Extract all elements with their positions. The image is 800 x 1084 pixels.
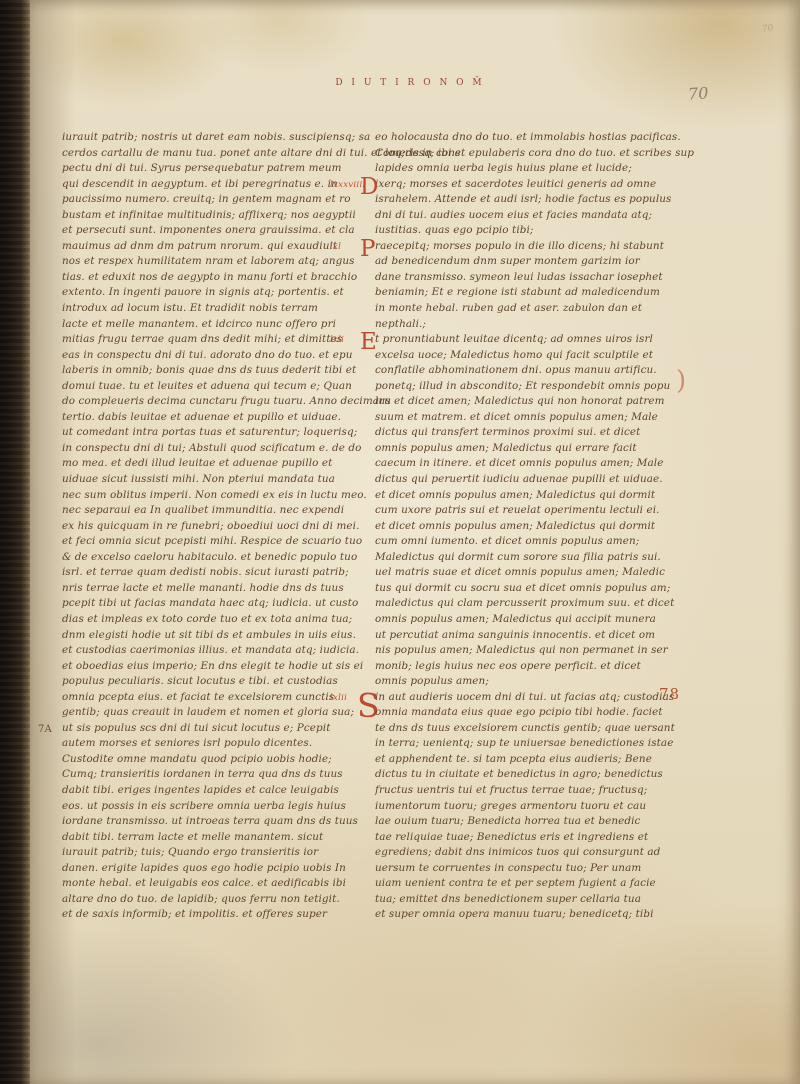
- line-text: uersum te corruentes in conspectu tuo; P…: [375, 862, 641, 874]
- line-text: et dicet omnis populus amen; Maledictus …: [375, 520, 655, 532]
- text-line: dictus tu in ciuitate et benedictus in a…: [375, 767, 683, 783]
- line-text: dias et impleas ex toto corde tuo et ex …: [62, 613, 352, 625]
- text-line: dias et impleas ex toto corde tuo et ex …: [62, 612, 370, 628]
- line-text: nec sum oblitus imperii. Non comedi ex e…: [62, 489, 367, 501]
- line-text: dnm elegisti hodie ut sit tibi ds et amb…: [62, 629, 356, 641]
- line-text: mauimus ad dnm dm patrum nrorum. qui exa…: [62, 240, 337, 252]
- text-line: Dlxxxviiiiixerq; morses et sacerdotes le…: [375, 177, 683, 193]
- text-line: Plxlraecepitq; morses populo in die illo…: [375, 239, 683, 255]
- line-text: iurauit patrib; tuis; Quando ergo transi…: [62, 846, 318, 858]
- text-line: dabit tibi. terram lacte et melle manant…: [62, 830, 370, 846]
- text-line: tertio. dabis leuitae et aduenae et pupi…: [62, 410, 370, 426]
- text-line: uiam uenient contra te et per septem fug…: [375, 876, 683, 892]
- text-line: nec sum oblitus imperii. Non comedi ex e…: [62, 488, 370, 504]
- chapter-numeral: lxlii: [330, 691, 347, 707]
- line-text: ad benedicendum dnm super montem garizim…: [375, 255, 640, 267]
- text-line: qui descendit in aegyptum. et ibi peregr…: [62, 177, 370, 193]
- line-text: domui tuae. tu et leuites et aduena qui …: [62, 380, 352, 392]
- line-text: ut comedant intra portas tuas et saturen…: [62, 426, 357, 438]
- rubricated-initial: P: [360, 238, 376, 261]
- text-line: omnia pcepta eius. et faciat te excelsio…: [62, 690, 370, 706]
- line-text: et persecuti sunt. imponentes onera grau…: [62, 224, 355, 236]
- text-line: nos et respex humilitatem nram et labore…: [62, 254, 370, 270]
- text-line: et custodias caerimonias illius. et mand…: [62, 643, 370, 659]
- text-line: bustam et infinitae multitudinis; afflix…: [62, 208, 370, 224]
- text-line: ut percutiat anima sanguinis innocentis.…: [375, 628, 683, 644]
- line-text: uiduae sicut iussisti mihi. Non pteriui …: [62, 473, 335, 485]
- text-line: tua; emittet dns benedictionem super cel…: [375, 892, 683, 908]
- corner-pencil-number: 70: [761, 23, 774, 34]
- line-text: pectu dni di tui. Syrus persequebatur pa…: [62, 162, 342, 174]
- line-text: omnia mandata eius quae ego pcipio tibi …: [375, 706, 663, 718]
- line-text: dane transmisso. symeon leui ludas issac…: [375, 271, 663, 283]
- text-line: paucissimo numero. creuitq; in gentem ma…: [62, 192, 370, 208]
- line-text: et oboedias eius imperio; En dns elegit …: [62, 660, 363, 672]
- line-text: tua; emittet dns benedictionem super cel…: [375, 893, 641, 905]
- text-line: ut comedant intra portas tuas et saturen…: [62, 425, 370, 441]
- text-line: lus et dicet amen; Maledictus qui non ho…: [375, 394, 683, 410]
- text-line: laberis in omnib; bonis quae dns ds tuus…: [62, 363, 370, 379]
- line-text: cum omni iumento. et dicet omnis populus…: [375, 535, 639, 547]
- text-line: dni di tui. audies uocem eius et facies …: [375, 208, 683, 224]
- text-line: & de excelso caeloru habitaculo. et bene…: [62, 550, 370, 566]
- line-text: in conspectu dni di tui; Abstuli quod sc…: [62, 442, 361, 454]
- line-text: altare dno do tuo. de lapidib; quos ferr…: [62, 893, 340, 905]
- text-line: iordane transmisso. ut introeas terra qu…: [62, 814, 370, 830]
- text-line: conflatile abhominationem dni. opus manu…: [375, 363, 683, 379]
- text-line: lae ouium tuaru; Benedicta horrea tua et…: [375, 814, 683, 830]
- text-line: et de saxis informib; et impolitis. et o…: [62, 907, 370, 923]
- text-line: populus peculiaris. sicut locutus e tibi…: [62, 674, 370, 690]
- line-text: suum et matrem. et dicet omnis populus a…: [375, 411, 658, 423]
- line-text: egrediens; dabit dns inimicos tuos qui c…: [375, 846, 660, 858]
- line-text: Comedesq; ibi et epulaberis cora dno do …: [375, 147, 694, 159]
- text-line: te dns ds tuus excelsiorem cunctis genti…: [375, 721, 683, 737]
- line-text: israhelem. Attende et audi isrl; hodie f…: [375, 193, 671, 205]
- text-line: et oboedias eius imperio; En dns elegit …: [62, 659, 370, 675]
- line-text: populus peculiaris. sicut locutus e tibi…: [62, 675, 338, 687]
- text-line: cum omni iumento. et dicet omnis populus…: [375, 534, 683, 550]
- text-line: eo holocausta dno do tuo. et immolabis h…: [375, 130, 683, 146]
- line-text: introdux ad locum istu. Et tradidit nobi…: [62, 302, 318, 314]
- line-text: iurauit patrib; nostris ut daret eam nob…: [62, 131, 370, 143]
- line-text: nris terrae lacte et melle mananti. hodi…: [62, 582, 344, 594]
- text-line: monte hebal. et leuigabis eos calce. et …: [62, 876, 370, 892]
- line-text: autem morses et seniores isrl populo dic…: [62, 737, 312, 749]
- text-line: tae reliquiae tuae; Benedictus eris et i…: [375, 830, 683, 846]
- line-text: monib; legis huius nec eos opere perfici…: [375, 660, 641, 672]
- text-column-right: eo holocausta dno do tuo. et immolabis h…: [375, 130, 683, 923]
- text-line: pectu dni di tui. Syrus persequebatur pa…: [62, 161, 370, 177]
- text-line: et apphendent te. si tam pcepta eius aud…: [375, 752, 683, 768]
- line-text: omnia pcepta eius. et faciat te excelsio…: [62, 691, 334, 703]
- text-line: in monte hebal. ruben gad et aser. zabul…: [375, 301, 683, 317]
- text-line: domui tuae. tu et leuites et aduena qui …: [62, 379, 370, 395]
- text-line: pcepit tibi ut facias mandata haec atq; …: [62, 596, 370, 612]
- text-line: lapides omnia uerba legis huius plane et…: [375, 161, 683, 177]
- line-text: nec separaui ea In qualibet immunditia. …: [62, 504, 344, 516]
- line-text: do compleueris decima cunctaru frugu tua…: [62, 395, 391, 407]
- line-text: bustam et infinitae multitudinis; afflix…: [62, 209, 356, 221]
- text-line: Custodite omne mandatu quod pcipio uobis…: [62, 752, 370, 768]
- text-line: iurauit patrib; nostris ut daret eam nob…: [62, 130, 370, 146]
- line-text: Maledictus qui dormit cum sorore sua fil…: [375, 551, 661, 563]
- line-text: raecepitq; morses populo in die illo dic…: [375, 240, 664, 252]
- line-text: dni di tui. audies uocem eius et facies …: [375, 209, 652, 221]
- text-line: Comedesq; ibi et epulaberis cora dno do …: [375, 146, 683, 162]
- line-text: tertio. dabis leuitae et aduenae et pupi…: [62, 411, 341, 423]
- text-line: nepthali.;: [375, 317, 683, 333]
- text-line: introdux ad locum istu. Et tradidit nobi…: [62, 301, 370, 317]
- line-text: ixerq; morses et sacerdotes leuitici gen…: [375, 178, 656, 190]
- line-text: qui descendit in aegyptum. et ibi peregr…: [62, 178, 338, 190]
- line-text: mo mea. et dedi illud leuitae et aduenae…: [62, 457, 332, 469]
- line-text: te dns ds tuus excelsiorem cunctis genti…: [375, 722, 675, 734]
- line-text: & de excelso caeloru habitaculo. et bene…: [62, 551, 357, 563]
- line-text: omnis populus amen; Maledictus qui errar…: [375, 442, 637, 454]
- line-text: in aut audieris uocem dni di tui. ut fac…: [375, 691, 674, 703]
- text-line: uersum te corruentes in conspectu tuo; P…: [375, 861, 683, 877]
- line-text: omnis populus amen;: [375, 675, 489, 687]
- line-text: isrl. et terrae quam dedisti nobis. sicu…: [62, 566, 349, 578]
- running-title: D I U T I R O N O M̄: [320, 78, 500, 88]
- text-line: iurauit patrib; tuis; Quando ergo transi…: [62, 845, 370, 861]
- text-line: lacte et melle manantem. et idcirco nunc…: [62, 317, 370, 333]
- text-line: isrl. et terrae quam dedisti nobis. sicu…: [62, 565, 370, 581]
- text-line: Elxlit pronuntiabunt leuitae dicentq; ad…: [375, 332, 683, 348]
- line-text: Custodite omne mandatu quod pcipio uobis…: [62, 753, 332, 765]
- line-text: lapides omnia uerba legis huius plane et…: [375, 162, 632, 174]
- text-line: mauimus ad dnm dm patrum nrorum. qui exa…: [62, 239, 370, 255]
- manuscript-page: D I U T I R O N O M̄ 70 70 iurauit patri…: [30, 0, 800, 1084]
- text-line: Slxlii78in aut audieris uocem dni di tui…: [375, 690, 683, 706]
- line-text: in terra; uenientq; sup te uniuersae ben…: [375, 737, 673, 749]
- text-line: danen. erigite lapides quos ego hodie pc…: [62, 861, 370, 877]
- line-text: danen. erigite lapides quos ego hodie pc…: [62, 862, 346, 874]
- text-line: beniamin; Et e regione isti stabunt ad m…: [375, 285, 683, 301]
- text-line: in conspectu dni di tui; Abstuli quod sc…: [62, 441, 370, 457]
- text-line: autem morses et seniores isrl populo dic…: [62, 736, 370, 752]
- line-text: t pronuntiabunt leuitae dicentq; ad omne…: [375, 333, 653, 345]
- text-line: omnis populus amen;: [375, 674, 683, 690]
- line-text: lacte et melle manantem. et idcirco nunc…: [62, 318, 336, 330]
- text-line: Cumq; transieritis iordanen in terra qua…: [62, 767, 370, 783]
- text-line: Maledictus qui dormit cum sorore sua fil…: [375, 550, 683, 566]
- line-text: omnis populus amen; Maledictus qui accip…: [375, 613, 656, 625]
- line-text: excelsa uoce; Maledictus homo qui facit …: [375, 349, 653, 361]
- line-text: dabit tibi. terram lacte et melle manant…: [62, 831, 323, 843]
- text-line: nis populus amen; Maledictus qui non per…: [375, 643, 683, 659]
- margin-note-right: 78: [659, 687, 680, 703]
- text-line: in terra; uenientq; sup te uniuersae ben…: [375, 736, 683, 752]
- text-line: mitias frugu terrae quam dns dedit mihi;…: [62, 332, 370, 348]
- line-text: et custodias caerimonias illius. et mand…: [62, 644, 359, 656]
- text-line: omnis populus amen; Maledictus qui errar…: [375, 441, 683, 457]
- line-text: lus et dicet amen; Maledictus qui non ho…: [375, 395, 665, 407]
- line-text: tus qui dormit cu socru sua et dicet omn…: [375, 582, 670, 594]
- text-line: ponetq; illud in abscondito; Et responde…: [375, 379, 683, 395]
- line-text: et dicet omnis populus amen; Maledictus …: [375, 489, 655, 501]
- margin-note-left: 7A: [38, 722, 52, 738]
- line-text: mitias frugu terrae quam dns dedit mihi;…: [62, 333, 342, 345]
- line-text: eas in conspectu dni di tui. adorato dno…: [62, 349, 353, 361]
- line-text: tias. et eduxit nos de aegypto in manu f…: [62, 271, 357, 283]
- text-line: eas in conspectu dni di tui. adorato dno…: [62, 348, 370, 364]
- text-line: eos. ut possis in eis scribere omnia uer…: [62, 799, 370, 815]
- text-line: 7Aut sis populus scs dni di tui sicut lo…: [62, 721, 370, 737]
- line-text: gentib; quas creauit in laudem et nomen …: [62, 706, 354, 718]
- text-line: dnm elegisti hodie ut sit tibi ds et amb…: [62, 628, 370, 644]
- text-line: nris terrae lacte et melle mananti. hodi…: [62, 581, 370, 597]
- line-text: iumentorum tuoru; greges armentoru tuoru…: [375, 800, 646, 812]
- text-line: cum uxore patris sui et reuelat operimen…: [375, 503, 683, 519]
- line-text: ut percutiat anima sanguinis innocentis.…: [375, 629, 655, 641]
- text-line: et dicet omnis populus amen; Maledictus …: [375, 488, 683, 504]
- text-line: mo mea. et dedi illud leuitae et aduenae…: [62, 456, 370, 472]
- line-text: ut sis populus scs dni di tui sicut locu…: [62, 722, 331, 734]
- text-line: iumentorum tuoru; greges armentoru tuoru…: [375, 799, 683, 815]
- line-text: extento. In ingenti pauore in signis atq…: [62, 286, 344, 298]
- text-line: dictus qui transfert terminos proximi su…: [375, 425, 683, 441]
- line-text: paucissimo numero. creuitq; in gentem ma…: [62, 193, 351, 205]
- text-line: omnis populus amen; Maledictus qui accip…: [375, 612, 683, 628]
- text-line: suum et matrem. et dicet omnis populus a…: [375, 410, 683, 426]
- line-text: in monte hebal. ruben gad et aser. zabul…: [375, 302, 642, 314]
- line-text: dictus tu in ciuitate et benedictus in a…: [375, 768, 663, 780]
- line-text: pcepit tibi ut facias mandata haec atq; …: [62, 597, 358, 609]
- line-text: monte hebal. et leuigabis eos calce. et …: [62, 877, 346, 889]
- book-binding-edge: [0, 0, 30, 1084]
- text-line: monib; legis huius nec eos opere perfici…: [375, 659, 683, 675]
- text-line: tus qui dormit cu socru sua et dicet omn…: [375, 581, 683, 597]
- line-text: iordane transmisso. ut introeas terra qu…: [62, 815, 358, 827]
- line-text: dabit tibi. eriges ingentes lapides et c…: [62, 784, 339, 796]
- line-text: tae reliquiae tuae; Benedictus eris et i…: [375, 831, 648, 843]
- text-line: extento. In ingenti pauore in signis atq…: [62, 285, 370, 301]
- text-line: et super omnia opera manuu tuaru; benedi…: [375, 907, 683, 923]
- line-text: nepthali.;: [375, 318, 426, 330]
- line-text: laberis in omnib; bonis quae dns ds tuus…: [62, 364, 356, 376]
- text-line: do compleueris decima cunctaru frugu tua…: [62, 394, 370, 410]
- folio-pencil-number: 70: [687, 83, 709, 103]
- text-line: gentib; quas creauit in laudem et nomen …: [62, 705, 370, 721]
- line-text: fructus uentris tui et fructus terrae tu…: [375, 784, 647, 796]
- text-line: ex his quicquam in re funebri; oboediui …: [62, 519, 370, 535]
- text-line: ad benedicendum dnm super montem garizim…: [375, 254, 683, 270]
- text-line: altare dno do tuo. de lapidib; quos ferr…: [62, 892, 370, 908]
- line-text: cum uxore patris sui et reuelat operimen…: [375, 504, 660, 516]
- line-text: maledictus qui clam percusserit proximum…: [375, 597, 674, 609]
- text-line: dictus qui peruertit iudiciu aduenae pup…: [375, 472, 683, 488]
- line-text: dictus qui peruertit iudiciu aduenae pup…: [375, 473, 663, 485]
- line-text: uiam uenient contra te et per septem fug…: [375, 877, 656, 889]
- text-line: dane transmisso. symeon leui ludas issac…: [375, 270, 683, 286]
- text-line: excelsa uoce; Maledictus homo qui facit …: [375, 348, 683, 364]
- line-text: et apphendent te. si tam pcepta eius aud…: [375, 753, 652, 765]
- line-text: Cumq; transieritis iordanen in terra qua…: [62, 768, 343, 780]
- line-text: eos. ut possis in eis scribere omnia uer…: [62, 800, 346, 812]
- text-line: uiduae sicut iussisti mihi. Non pteriui …: [62, 472, 370, 488]
- line-text: et de saxis informib; et impolitis. et o…: [62, 908, 327, 920]
- line-text: caecum in itinere. et dicet omnis populu…: [375, 457, 663, 469]
- line-text: et feci omnia sicut pcepisti mihi. Respi…: [62, 535, 362, 547]
- text-line: caecum in itinere. et dicet omnis populu…: [375, 456, 683, 472]
- line-text: uel matris suae et dicet omnis populus a…: [375, 566, 665, 578]
- text-line: maledictus qui clam percusserit proximum…: [375, 596, 683, 612]
- line-text: ponetq; illud in abscondito; Et responde…: [375, 380, 670, 392]
- text-line: uel matris suae et dicet omnis populus a…: [375, 565, 683, 581]
- text-line: iustitias. quas ego pcipio tibi;: [375, 223, 683, 239]
- chapter-numeral: lxli: [330, 333, 344, 349]
- line-text: iustitias. quas ego pcipio tibi;: [375, 224, 534, 236]
- line-text: dictus qui transfert terminos proximi su…: [375, 426, 640, 438]
- line-text: lae ouium tuaru; Benedicta horrea tua et…: [375, 815, 640, 827]
- text-line: et persecuti sunt. imponentes onera grau…: [62, 223, 370, 239]
- line-text: beniamin; Et e regione isti stabunt ad m…: [375, 286, 660, 298]
- text-line: et dicet omnis populus amen; Maledictus …: [375, 519, 683, 535]
- text-line: fructus uentris tui et fructus terrae tu…: [375, 783, 683, 799]
- line-text: ex his quicquam in re funebri; oboediui …: [62, 520, 359, 532]
- text-line: israhelem. Attende et audi isrl; hodie f…: [375, 192, 683, 208]
- text-line: et feci omnia sicut pcepisti mihi. Respi…: [62, 534, 370, 550]
- text-line: dabit tibi. eriges ingentes lapides et c…: [62, 783, 370, 799]
- line-text: et super omnia opera manuu tuaru; benedi…: [375, 908, 654, 920]
- text-line: nec separaui ea In qualibet immunditia. …: [62, 503, 370, 519]
- line-text: nis populus amen; Maledictus qui non per…: [375, 644, 668, 656]
- text-line: tias. et eduxit nos de aegypto in manu f…: [62, 270, 370, 286]
- line-text: nos et respex humilitatem nram et labore…: [62, 255, 355, 267]
- red-margin-bracket: ): [676, 366, 686, 396]
- text-column-left: iurauit patrib; nostris ut daret eam nob…: [62, 130, 370, 923]
- text-line: cerdos cartallu de manu tua. ponet ante …: [62, 146, 370, 162]
- chapter-numeral: lxxxviiii: [330, 178, 365, 194]
- line-text: conflatile abhominationem dni. opus manu…: [375, 364, 657, 376]
- text-line: egrediens; dabit dns inimicos tuos qui c…: [375, 845, 683, 861]
- text-line: omnia mandata eius quae ego pcipio tibi …: [375, 705, 683, 721]
- line-text: eo holocausta dno do tuo. et immolabis h…: [375, 131, 681, 143]
- chapter-numeral: lxl: [330, 240, 341, 256]
